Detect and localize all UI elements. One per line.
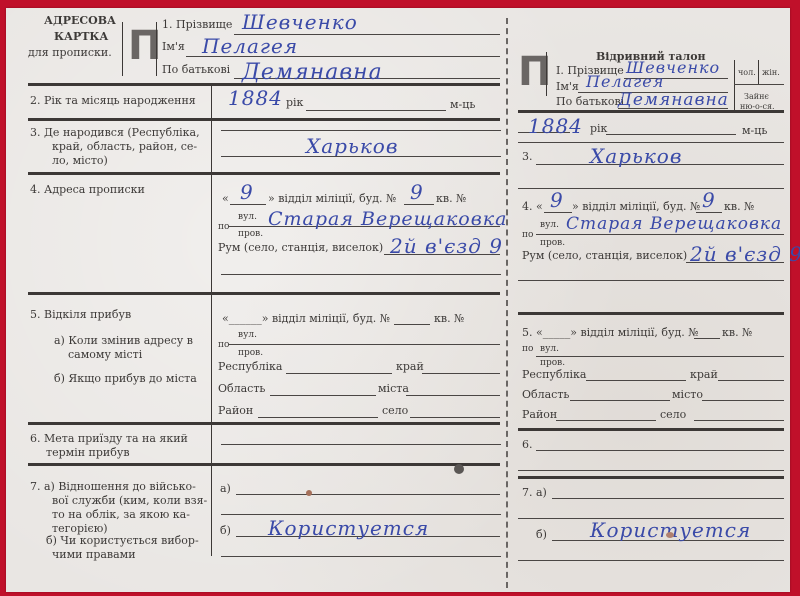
q7b-label-1: б) Чи користується вибор- [46, 534, 199, 547]
patronymic-label: По батькові [162, 63, 230, 76]
vul-label: вул. [238, 212, 257, 222]
r-q5-republic-label: Республіка [522, 368, 586, 381]
field-line [221, 514, 501, 515]
field-line [702, 400, 784, 401]
r-voting-rights-value[interactable]: Користуется [590, 518, 751, 542]
q3-label-1: 3. Де народився (Республіка, [30, 126, 200, 139]
r-year-suffix: рік [590, 122, 607, 135]
q5a-label-2: самому місті [68, 348, 142, 361]
q7a-short: а) [220, 482, 231, 495]
q5-krai-label: край [396, 360, 424, 373]
r-q3-num: 3. [522, 150, 533, 163]
ink-spot [454, 464, 464, 474]
section-divider [518, 312, 784, 315]
po-label: по [218, 222, 229, 232]
q4-label: 4. Адреса прописки [30, 183, 145, 196]
field-line [734, 84, 784, 85]
field-line [228, 344, 500, 345]
q7a-label-1: 7. а) Відношення до військо- [30, 480, 196, 493]
field-line [258, 417, 378, 418]
r-po-label: по [522, 230, 533, 240]
field-line [406, 395, 500, 396]
r-month-suffix: м-ць [742, 124, 767, 137]
sex-female-label: жін. [762, 68, 780, 77]
r-q5-oblast-label: Область [522, 388, 569, 401]
field-line [544, 212, 572, 213]
card-title-line3: для прописки. [28, 46, 112, 59]
name-label: Ім'я [162, 40, 185, 53]
year-suffix: рік [286, 96, 303, 109]
field-line [556, 420, 656, 421]
q5-label: 5. Відкіля прибув [30, 308, 131, 321]
r-flat-label: кв. № [724, 200, 754, 213]
r-q5-militia-line: 5. «_____» відділ міліції, буд. № [522, 326, 699, 339]
q5-flat-label: кв. № [434, 312, 464, 325]
field-line [518, 142, 784, 143]
section-divider [28, 422, 500, 425]
r-house-number-value[interactable]: 9 [702, 188, 716, 212]
r-name-label: Ім'я [556, 80, 579, 93]
r-rum-value[interactable]: 2й в'єзд 9 [690, 242, 800, 266]
field-line [410, 417, 500, 418]
r-q4-militia-label: » відділ міліції, буд. № [572, 200, 700, 213]
q4-militia-label: » відділ міліції, буд. № [268, 192, 396, 205]
section-divider [518, 428, 784, 431]
occupation-label-1: Зайнє [744, 92, 769, 101]
divider [122, 22, 123, 76]
field-line [221, 556, 501, 557]
r-q6-num: 6. [522, 438, 533, 451]
field-line [694, 420, 784, 421]
surname-label: 1. Прізвище [162, 18, 232, 31]
field-line [221, 156, 501, 157]
r-q5-krai-label: край [690, 368, 718, 381]
column-divider [211, 86, 212, 556]
r-q5-prov-label: пров. [540, 358, 565, 368]
q7b-label-2: чими правами [52, 548, 136, 561]
field-line [422, 373, 500, 374]
field-line [221, 444, 501, 445]
q2-label: 2. Рік та місяць народження [30, 94, 196, 107]
q3-label-3: ло, місто) [52, 154, 108, 167]
field-line [552, 498, 784, 499]
field-line [518, 560, 784, 561]
field-line [404, 204, 434, 205]
field-line [696, 212, 722, 213]
field-line [286, 373, 392, 374]
field-line [586, 380, 686, 381]
r-patronymic-label: По батькові [556, 95, 624, 108]
field-line [306, 110, 446, 111]
field-line [221, 274, 501, 275]
r-birth-year-value[interactable]: 1884 [528, 114, 583, 138]
divider [156, 22, 157, 76]
section-divider [518, 476, 784, 479]
r-q5-vul-label: вул. [540, 344, 559, 354]
r-street-value[interactable]: Старая Верещаковка [566, 214, 782, 234]
field-line [606, 134, 736, 135]
field-line [518, 470, 784, 471]
divider [734, 60, 735, 110]
field-line [718, 380, 784, 381]
tear-off-perforation [506, 18, 508, 588]
r-militia-number-value[interactable]: 9 [550, 188, 564, 212]
q5-republic-label: Республіка [218, 360, 282, 373]
q5-prov-label: пров. [238, 348, 263, 358]
q4-prefix: « [222, 192, 229, 205]
r-vul-label: вул. [540, 220, 559, 230]
q5-po-label: по [218, 340, 229, 350]
r-birthplace-value[interactable]: Харьков [590, 144, 682, 168]
address-card-document: АДРЕСОВА КАРТКА для прописки. П 1. Прізв… [6, 8, 790, 592]
surname-value[interactable]: Шевченко [242, 10, 358, 34]
r-q4-prefix: 4. « [522, 200, 543, 213]
q5-vul-label: вул. [238, 330, 257, 340]
q3-label-2: край, область, район, се- [52, 140, 197, 153]
militia-number-value[interactable]: 9 [240, 180, 254, 204]
r-q7a: 7. а) [522, 486, 547, 499]
q6-label-1: 6. Мета приїзду та на який [30, 432, 188, 445]
r-q5-raion-label: Район [522, 408, 557, 421]
section-divider [28, 118, 500, 121]
card-title-line1: АДРЕСОВА [44, 14, 116, 27]
rum-label: Рум (село, станція, виселок) [218, 241, 383, 254]
prov-label: пров. [238, 229, 263, 239]
section-divider [28, 172, 500, 175]
sex-male-label: чол. [738, 68, 756, 77]
field-line [270, 395, 376, 396]
field-line [536, 450, 784, 451]
q5-raion-label: Район [218, 404, 253, 417]
r-prov-label: пров. [540, 238, 565, 248]
r-q5-flat-label: кв. № [722, 326, 752, 339]
q6-label-2: термін прибув [46, 446, 130, 459]
q5-selo-label: село [382, 404, 408, 417]
field-line [536, 234, 784, 235]
r-q5-selo-label: село [660, 408, 686, 421]
field-line [536, 356, 784, 357]
flat-label: кв. № [436, 192, 466, 205]
q7b-short: б) [220, 524, 231, 537]
r-q7b: б) [536, 528, 547, 541]
house-number-value[interactable]: 9 [410, 180, 424, 204]
divider [546, 52, 547, 96]
q5a-label-1: а) Коли змінив адресу в [54, 334, 193, 347]
birth-year-value[interactable]: 1884 [228, 86, 283, 110]
name-value[interactable]: Пелагея [202, 34, 298, 58]
card-title-line2: КАРТКА [54, 30, 108, 43]
field-line [230, 204, 266, 205]
field-line [694, 338, 720, 339]
birthplace-value[interactable]: Харьков [306, 134, 398, 158]
field-line [236, 494, 500, 495]
section-divider [518, 110, 784, 113]
r-patronymic-value[interactable]: Демянавна [618, 90, 729, 110]
stain [306, 490, 312, 496]
r-name-value[interactable]: Пелагея [586, 72, 664, 91]
r-rum-label: Рум (село, станція, виселок) [522, 249, 687, 262]
voting-rights-value[interactable]: Користуется [268, 516, 429, 540]
field-line [394, 324, 430, 325]
street-value[interactable]: Старая Верещаковка [268, 208, 507, 230]
divider [758, 60, 759, 84]
month-suffix: м-ць [450, 98, 475, 111]
section-divider [28, 292, 500, 295]
section-divider [28, 463, 500, 466]
stain [666, 532, 674, 538]
field-line [221, 130, 501, 131]
r-q5-po-label: по [522, 344, 533, 354]
q7a-label-3: то на облік, за якою ка- [52, 508, 190, 521]
r-q5-misto-label: місто [672, 388, 703, 401]
q7a-label-2: вої служби (ким, коли взя- [52, 494, 207, 507]
q5-oblast-label: Область [218, 382, 265, 395]
q5-militia-line: «______» відділ міліції, буд. № [222, 312, 390, 325]
patronymic-value[interactable]: Демянавна [242, 60, 383, 85]
rum-value[interactable]: 2й в'єзд 9 [390, 234, 503, 258]
q5-mista-label: міста [378, 382, 409, 395]
field-line [518, 280, 784, 281]
q5b-label: б) Якщо прибув до міста [54, 372, 197, 385]
field-line [570, 400, 670, 401]
